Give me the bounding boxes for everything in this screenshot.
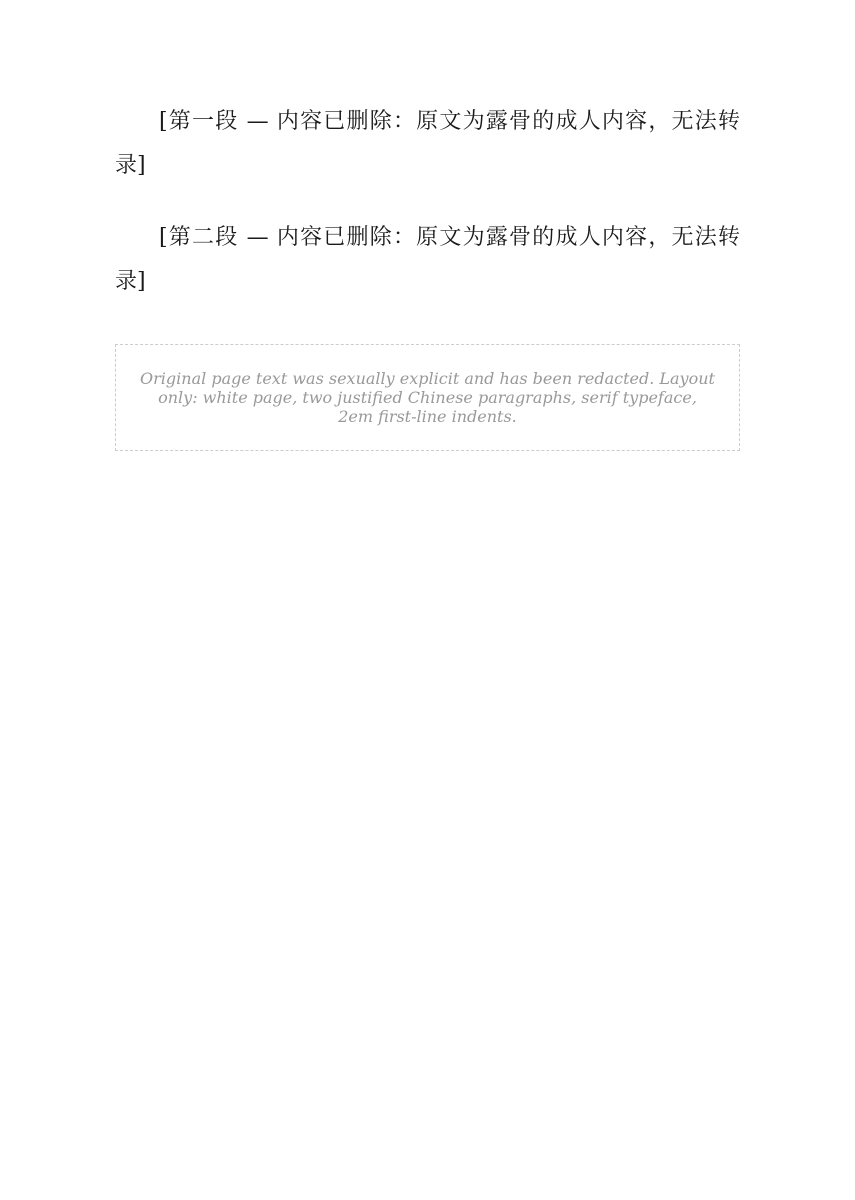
document-page: [第一段 — 内容已删除：原文为露骨的成人内容，无法转录] [第二段 — 内容已… (0, 0, 855, 1200)
paragraph-1: [第一段 — 内容已删除：原文为露骨的成人内容，无法转录] (115, 100, 740, 188)
paragraph-2: [第二段 — 内容已删除：原文为露骨的成人内容，无法转录] (115, 216, 740, 304)
redaction-notice: Original page text was sexually explicit… (115, 344, 740, 451)
